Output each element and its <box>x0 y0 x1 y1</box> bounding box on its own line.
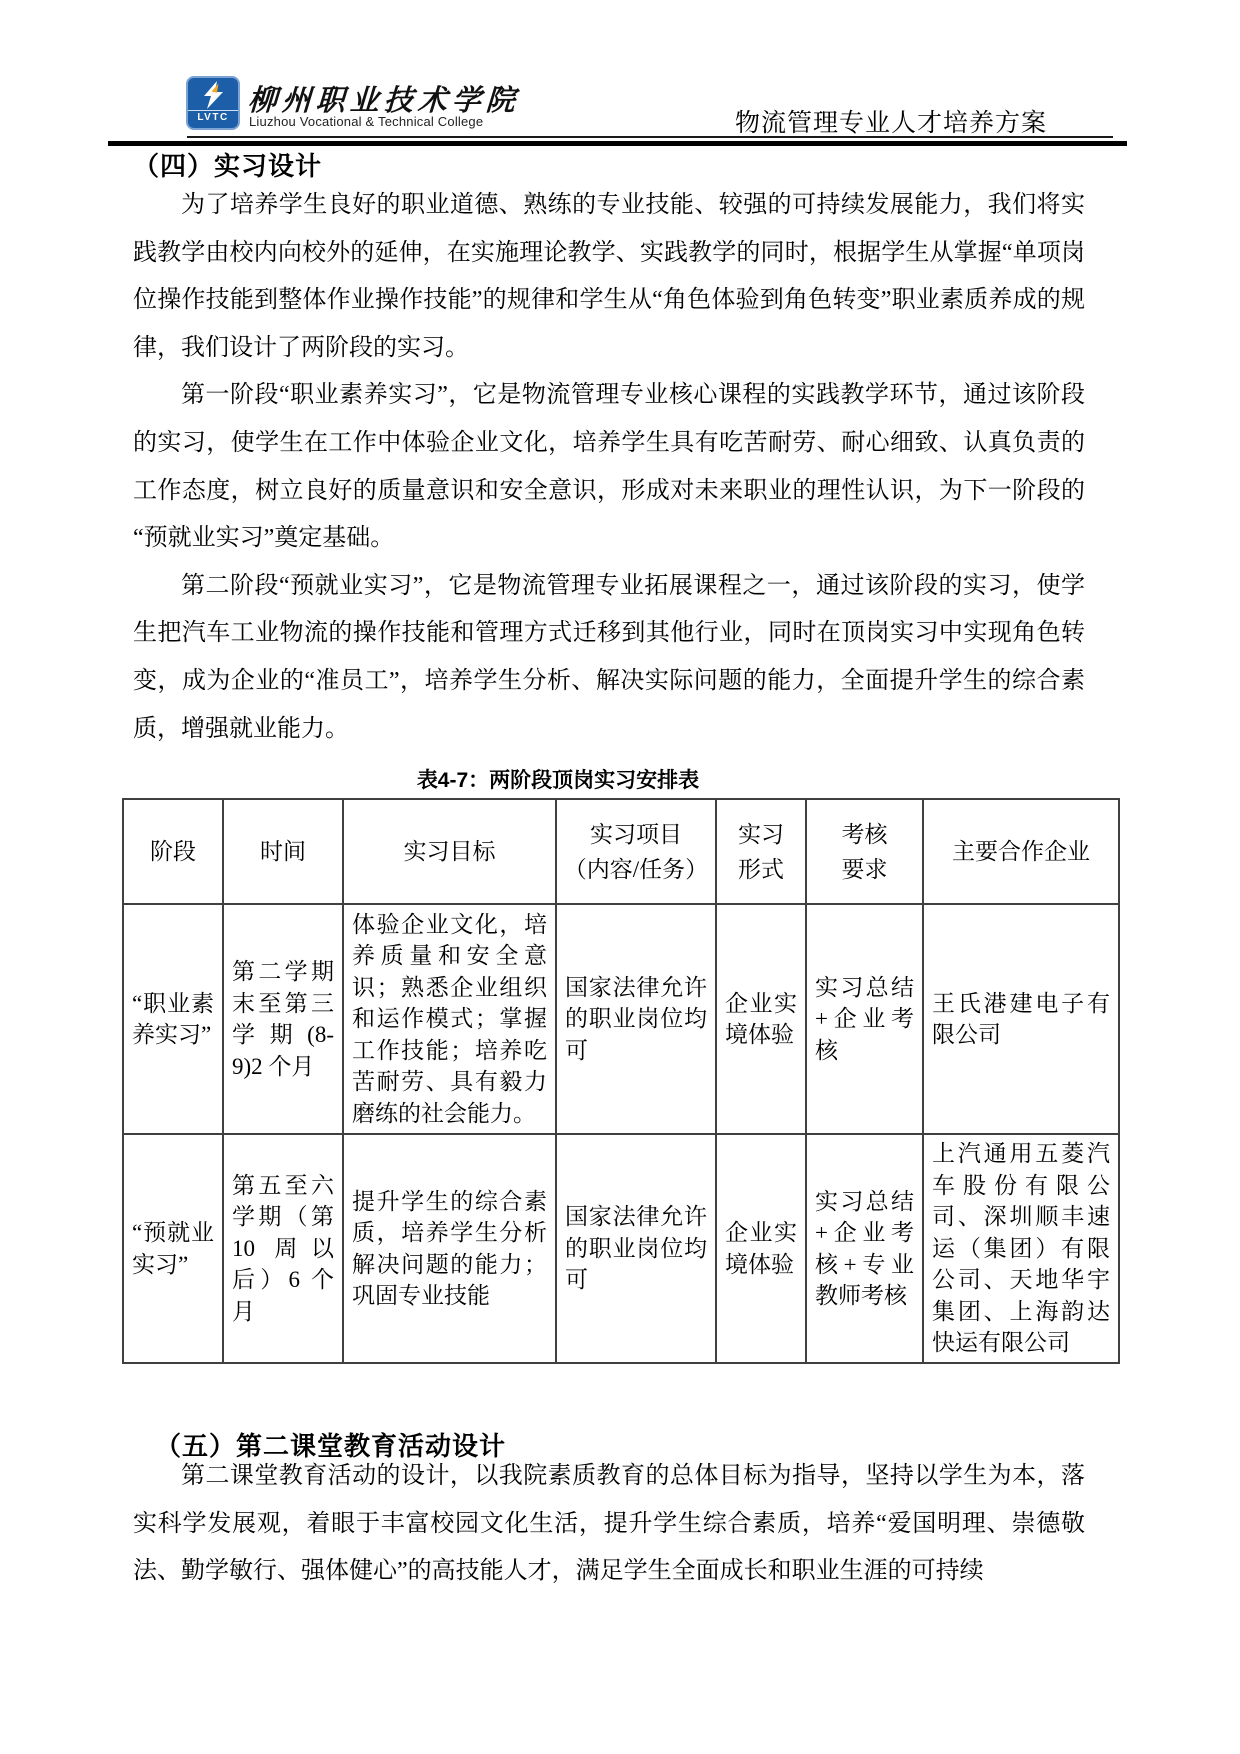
cell-assessment: 实习总结+企业考核 <box>806 904 923 1134</box>
paragraph: 第一阶段“职业素养实习”，它是物流管理专业核心课程的实践教学环节，通过该阶段的实… <box>133 372 1085 562</box>
header-rule-thin <box>187 136 1113 138</box>
table-header-row: 阶段 时间 实习目标 实习项目 （内容/任务） 实习 形式 考核 要求 主要合作… <box>123 799 1119 904</box>
cell-stage: “职业素养实习” <box>123 904 223 1134</box>
cell-partners: 王氏港建电子有限公司 <box>923 904 1119 1134</box>
lightning-logo-icon <box>197 80 229 110</box>
section4-body: 为了培养学生良好的职业道德、熟练的专业技能、较强的可持续发展能力，我们将实践教学… <box>133 182 1085 753</box>
col-header-goal: 实习目标 <box>343 799 556 904</box>
col-header-form: 实习 形式 <box>716 799 806 904</box>
col-header-project: 实习项目 （内容/任务） <box>556 799 716 904</box>
table-row: “职业素养实习” 第二学期末至第三学期(8-9)2 个月 体验企业文化，培养质量… <box>123 904 1119 1134</box>
cell-form: 企业实境体验 <box>716 904 806 1134</box>
cell-time: 第二学期末至第三学期(8-9)2 个月 <box>223 904 343 1134</box>
table-caption: 表4-7：两阶段顶岗实习安排表 <box>133 764 983 794</box>
cell-assessment: 实习总结+企业考核+专业教师考核 <box>806 1134 923 1363</box>
paragraph: 第二课堂教育活动的设计，以我院素质教育的总体目标为指导，坚持以学生为本，落实科学… <box>133 1453 1085 1596</box>
cell-partners: 上汽通用五菱汽车股份有限公司、深圳顺丰速运（集团）有限公司、天地华宇集团、上海韵… <box>923 1134 1119 1363</box>
col-header-stage: 阶段 <box>123 799 223 904</box>
cell-time: 第五至六学期（第 10 周以后）6 个月 <box>223 1134 343 1363</box>
college-name-en: Liuzhou Vocational & Technical College <box>249 114 483 129</box>
document-page: LVTC 柳州职业技术学院 Liuzhou Vocational & Techn… <box>0 0 1240 1754</box>
table-row: “预就业实习” 第五至六学期（第 10 周以后）6 个月 提升学生的综合素质，培… <box>123 1134 1119 1363</box>
college-name-zh: 柳州职业技术学院 <box>247 78 521 119</box>
paragraph: 第二阶段“预就业实习”，它是物流管理专业拓展课程之一，通过该阶段的实习，使学生把… <box>133 563 1085 753</box>
col-header-partners: 主要合作企业 <box>923 799 1119 904</box>
logo-abbr-label: LVTC <box>188 110 238 124</box>
cell-stage: “预就业实习” <box>123 1134 223 1363</box>
section4-title: （四）实习设计 <box>133 146 322 183</box>
document-title: 物流管理专业人才培养方案 <box>735 103 1047 139</box>
cell-goal: 提升学生的综合素质，培养学生分析解决问题的能力；巩固专业技能 <box>343 1134 556 1363</box>
cell-form: 企业实境体验 <box>716 1134 806 1363</box>
paragraph: 为了培养学生良好的职业道德、熟练的专业技能、较强的可持续发展能力，我们将实践教学… <box>133 182 1085 372</box>
internship-arrangement-table: 阶段 时间 实习目标 实习项目 （内容/任务） 实习 形式 考核 要求 主要合作… <box>122 798 1120 1364</box>
cell-goal: 体验企业文化，培养质量和安全意识；熟悉企业组织和运作模式；掌握工作技能；培养吃苦… <box>343 904 556 1134</box>
cell-project: 国家法律允许的职业岗位均可 <box>556 1134 716 1363</box>
college-logo: LVTC <box>186 76 240 130</box>
col-header-assessment: 考核 要求 <box>806 799 923 904</box>
cell-project: 国家法律允许的职业岗位均可 <box>556 904 716 1134</box>
section5-body: 第二课堂教育活动的设计，以我院素质教育的总体目标为指导，坚持以学生为本，落实科学… <box>133 1453 1085 1596</box>
col-header-time: 时间 <box>223 799 343 904</box>
